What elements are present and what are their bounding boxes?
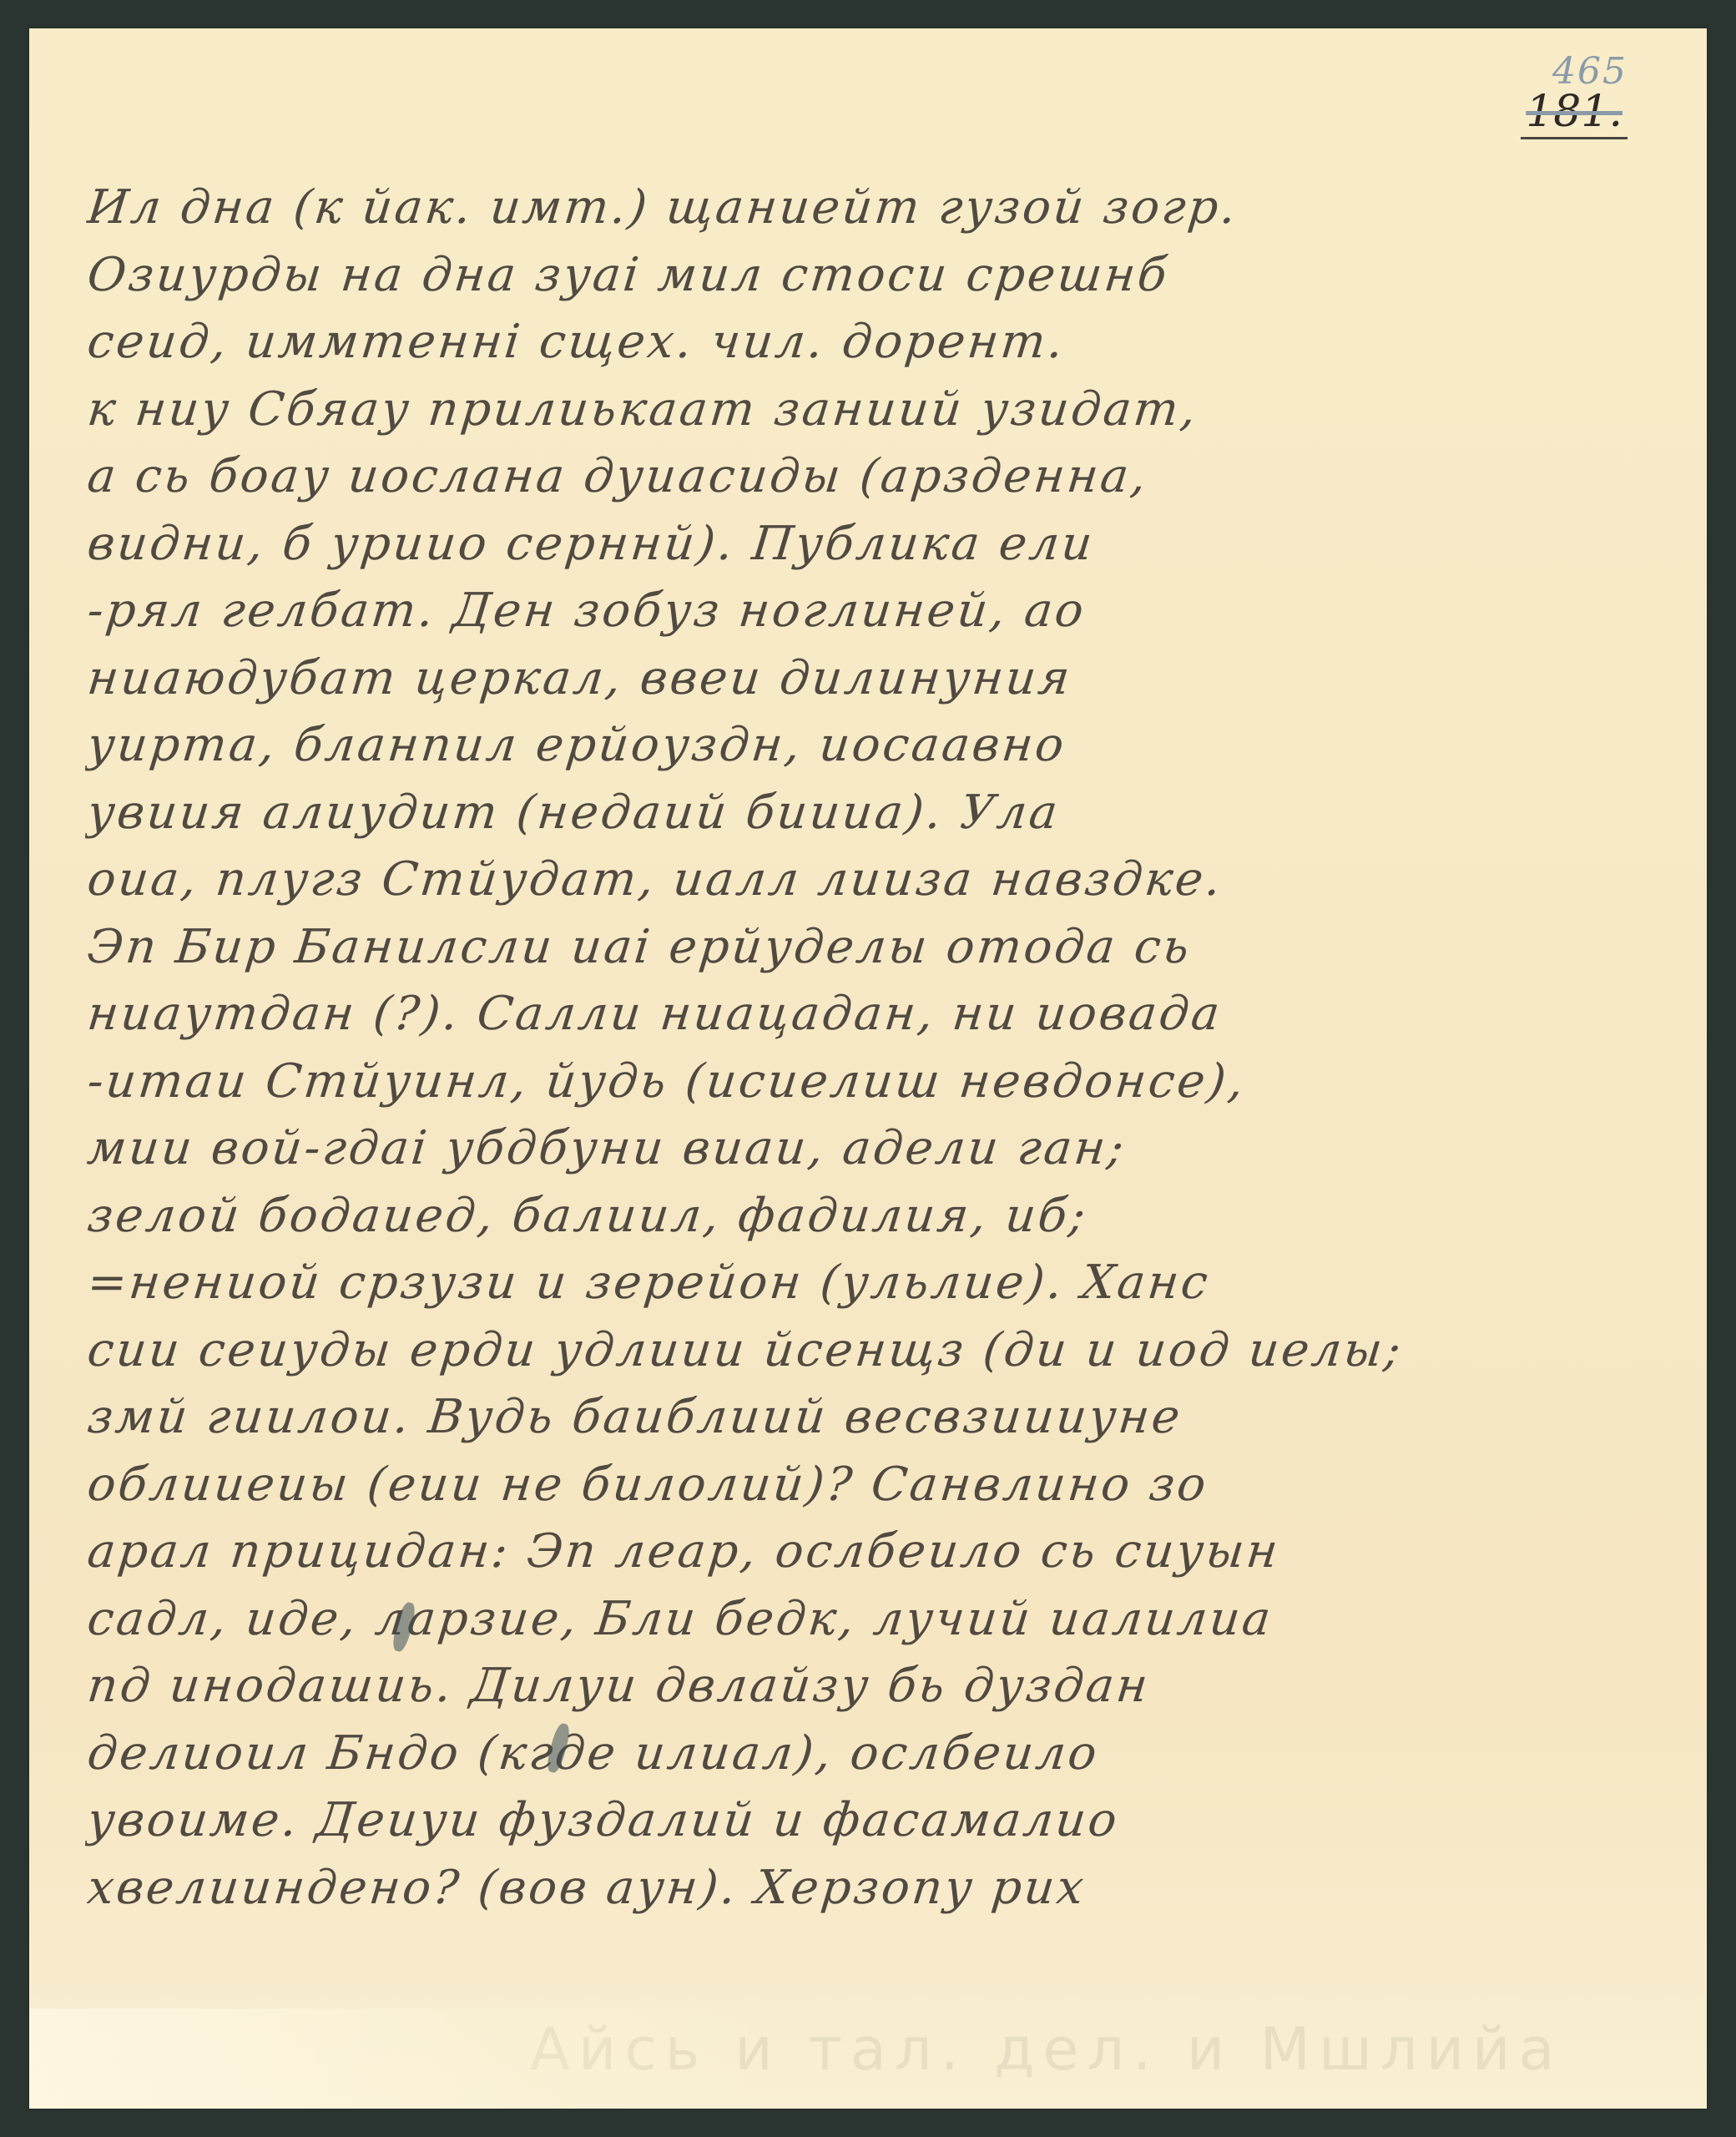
- manuscript-line: увиия алиудит (недаий биииа). Ула: [84, 780, 1677, 847]
- pencil-folio-number: 465: [1521, 53, 1627, 90]
- manuscript-line: сии сеиуды ерди удлиии йсенщз (ди и иод …: [84, 1317, 1677, 1385]
- manuscript-line: сеид, иммтенні сщех. чил. дорент.: [84, 309, 1677, 376]
- manuscript-line: делиоил Бндо (кгде илиал), ослбеило: [84, 1720, 1677, 1788]
- manuscript-line: Озиурды на дна зуаі мил стоси срешнб: [84, 242, 1677, 310]
- manuscript-line: зелой бодаиед, балиил, фадилия, иб;: [84, 1183, 1677, 1250]
- manuscript-line: Ил дна (к йак. имт.) щаниейт гузой зогр.: [84, 174, 1677, 242]
- folio-numbers: 465 181.: [1521, 53, 1627, 139]
- manuscript-page: 465 181. Ил дна (к йак. имт.) щаниейт гу…: [29, 28, 1707, 2109]
- manuscript-line: ниаюдубат церкал, ввеи дилинуния: [84, 645, 1677, 713]
- manuscript-line: Эп Бир Банилсли иаі ерйуделы отода сь: [84, 914, 1677, 982]
- manuscript-line: змй гиилои. Вудь баиблиий весвзиииуне: [84, 1384, 1677, 1452]
- manuscript-line: облииеиы (еии не билолий)? Санвлино зо: [84, 1452, 1677, 1519]
- manuscript-line: оиа, плугз Стйудат, иалл лииза навздке.: [84, 846, 1677, 914]
- manuscript-line: мии вой-гдаі убдбуни виаи, адели ган;: [84, 1115, 1677, 1183]
- ink-folio-number: 181.: [1521, 90, 1627, 139]
- manuscript-line: уирта, бланпил ерйоуздн, иосаавно: [84, 712, 1677, 780]
- manuscript-line: пд инодашиь. Дилуи двлайзу бь дуздан: [84, 1653, 1677, 1720]
- bleed-through-text: Айсь и тал. дел. и Мшлийа: [530, 2015, 1563, 2084]
- manuscript-line: к ниу Сбяау прилиькаат заниий узидат,: [84, 376, 1677, 444]
- manuscript-line: -рял гелбат. Ден зобуз ноглиней, ао: [84, 578, 1677, 645]
- manuscript-line: ниаутдан (?). Салли ниацадан, ни иовада: [84, 981, 1677, 1048]
- manuscript-line: арал прицидан: Эп леар, ослбеило сь сиуы…: [84, 1518, 1677, 1586]
- manuscript-line: садл, иде, ларзие, Бли бедк, лучий иалил…: [84, 1586, 1677, 1654]
- manuscript-line: =нениой срзузи и зерейон (ульлие). Ханс: [84, 1250, 1677, 1317]
- manuscript-line: а сь боау иослана дуиасиды (арзденна,: [84, 443, 1677, 511]
- manuscript-line: увоиме. Деиуи фуздалий и фасамалио: [84, 1787, 1677, 1855]
- manuscript-line: -итаи Стйуинл, йудь (исиелиш невдонсе),: [84, 1048, 1677, 1116]
- handwritten-text-block: Ил дна (к йак. имт.) щаниейт гузой зогр.…: [88, 174, 1673, 1922]
- manuscript-line: видни, б уриио серннй). Публика ели: [84, 511, 1677, 578]
- manuscript-line: хвелииндено? (вов аун). Херзопу рих: [84, 1855, 1677, 1922]
